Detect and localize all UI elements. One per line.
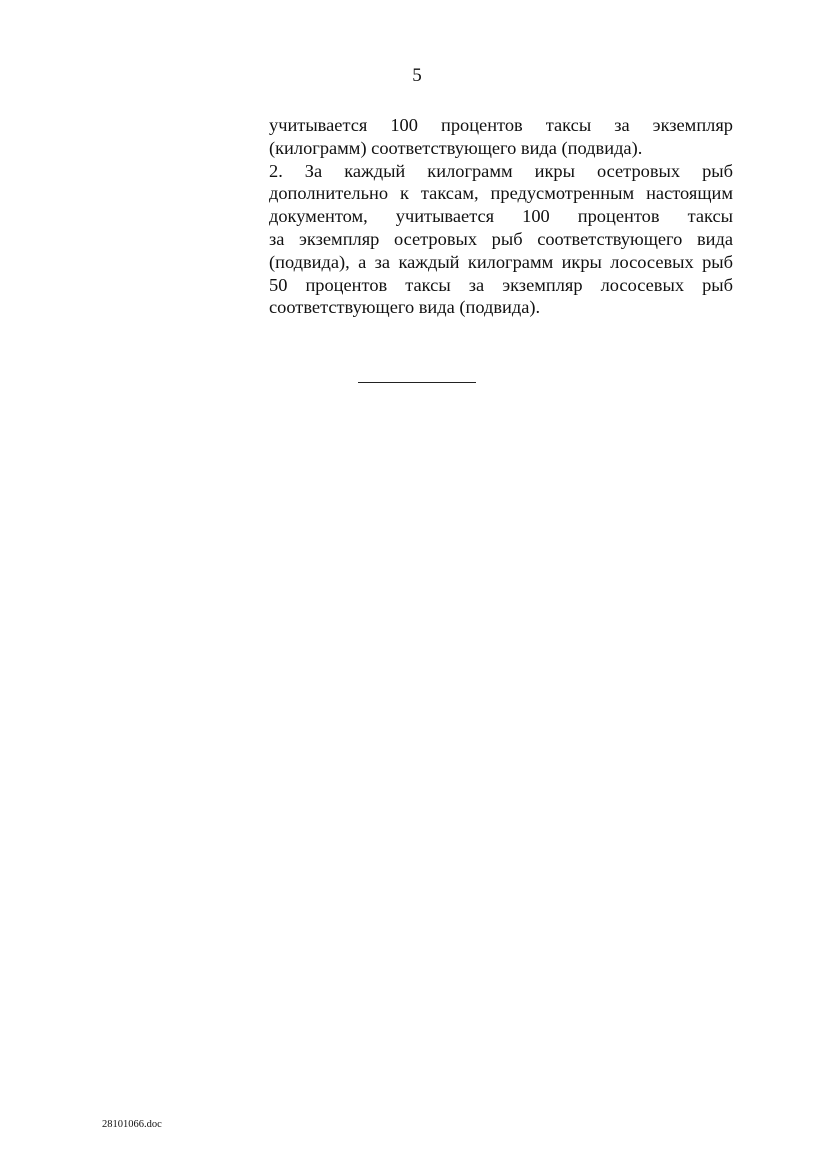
footer-filename: 28101066.doc [102,1118,162,1131]
document-body: учитывается 100 процентов таксы за экзем… [269,114,733,319]
text-line: (килограмм) соответствующего вида (подви… [269,137,733,160]
text-line: документом, учитывается 100 процентов та… [269,205,733,228]
text-line: за экземпляр осетровых рыб соответствующ… [269,228,733,251]
text-line: 2. За каждый килограмм икры осетровых ры… [269,160,733,183]
text-line: дополнительно к таксам, предусмотренным … [269,182,733,205]
text-line: (подвида), а за каждый килограмм икры ло… [269,251,733,274]
paragraph-continuation: учитывается 100 процентов таксы за экзем… [269,114,733,160]
text-line: 50 процентов таксы за экземпляр лососевы… [269,274,733,297]
text-line: соответствующего вида (подвида). [269,296,733,319]
page-number: 5 [0,64,826,88]
end-separator-line [358,382,476,383]
paragraph-item-2: 2. За каждый килограмм икры осетровых ры… [269,160,733,320]
text-line: учитывается 100 процентов таксы за экзем… [269,114,733,137]
